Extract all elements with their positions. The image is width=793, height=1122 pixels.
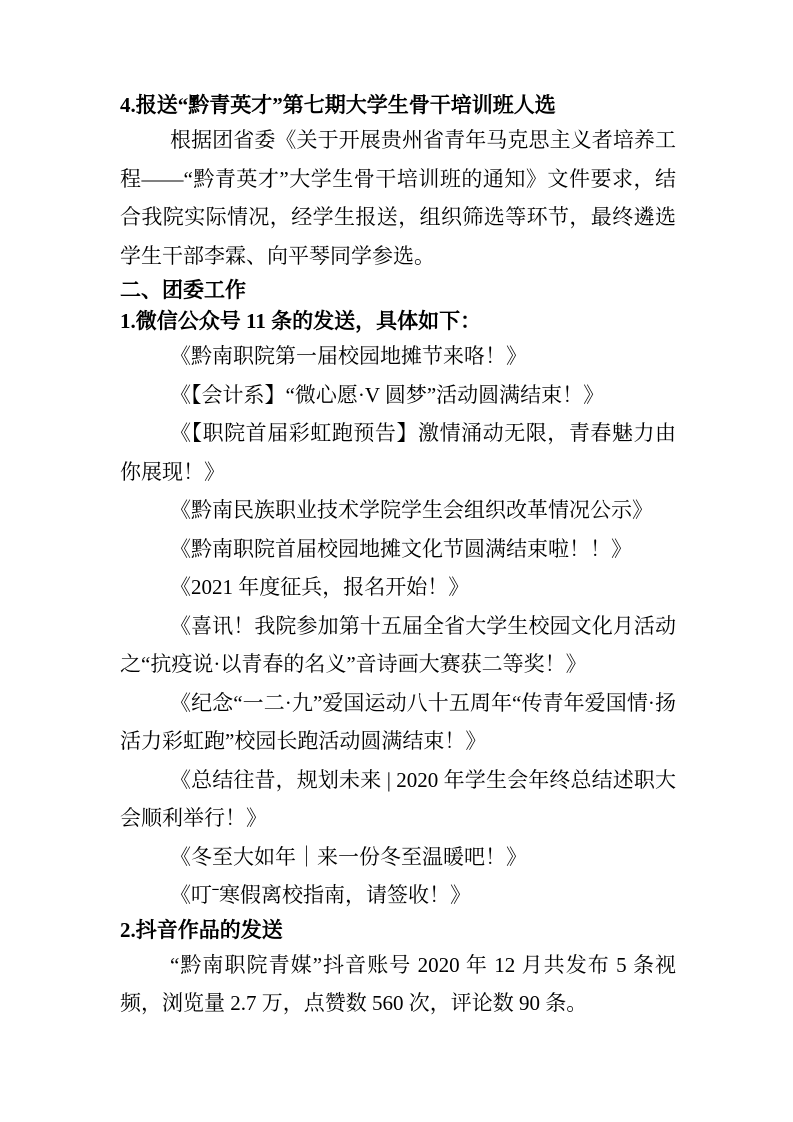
section-heading: 二、团委工作: [120, 275, 676, 306]
document-page: 4.报送“黔青英才”第七期大学生骨干培训班人选根据团省委《关于开展贵州省青年马克…: [0, 0, 793, 1122]
section-heading: 4.报送“黔青英才”第七期大学生骨干培训班人选: [120, 90, 676, 121]
paragraph: 《总结往昔，规划未来 | 2020 年学生会年终总结述职大会顺利举行！》: [120, 761, 676, 838]
paragraph: 《2021 年度征兵，报名开始！》: [120, 568, 676, 607]
paragraph: 《黔南民族职业技术学院学生会组织改革情况公示》: [120, 491, 676, 530]
section-heading: 1.微信公众号 11 条的发送，具体如下：: [120, 306, 676, 337]
paragraph: “黔南职院青媒”抖音账号 2020 年 12 月共发布 5 条视频，浏览量 2.…: [120, 946, 676, 1023]
paragraph: 《喜讯！我院参加第十五届全省大学生校园文化月活动之“抗疫说·以青春的名义”音诗画…: [120, 607, 676, 684]
document-content: 4.报送“黔青英才”第七期大学生骨干培训班人选根据团省委《关于开展贵州省青年马克…: [120, 90, 676, 1023]
paragraph: 《【会计系】“微心愿·V 圆梦”活动圆满结束！》: [120, 376, 676, 415]
paragraph: 《黔南职院第一届校园地摊节来咯！》: [120, 337, 676, 376]
paragraph: 《纪念“一二·九”爱国运动八十五周年“传青年爱国情·扬活力彩虹跑”校园长跑活动圆…: [120, 684, 676, 761]
paragraph: 根据团省委《关于开展贵州省青年马克思主义者培养工程——“黔青英才”大学生骨干培训…: [120, 121, 676, 275]
paragraph: 《【职院首届彩虹跑预告】激情涌动无限，青春魅力由你展现！》: [120, 414, 676, 491]
paragraph: 《冬至大如年｜来一份冬至温暖吧！》: [120, 838, 676, 877]
paragraph: 《叮ˉ寒假离校指南，请签收！》: [120, 876, 676, 915]
paragraph: 《黔南职院首届校园地摊文化节圆满结束啦！！》: [120, 530, 676, 569]
section-heading: 2.抖音作品的发送: [120, 915, 676, 946]
